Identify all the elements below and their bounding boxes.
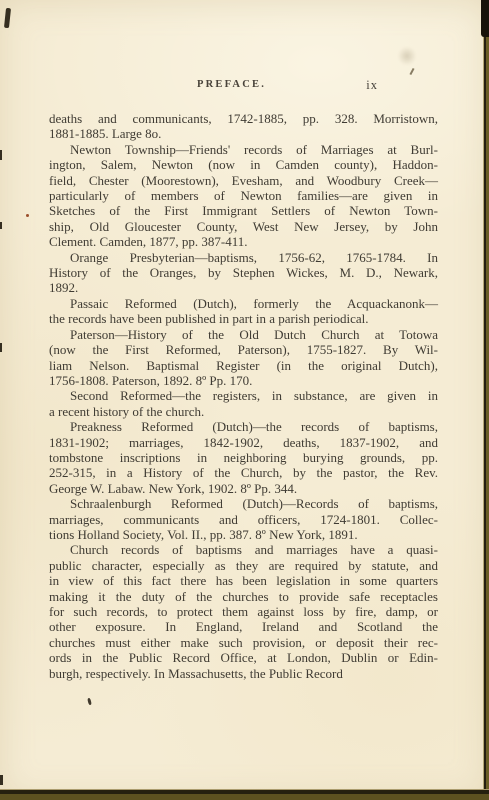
- text-line: deaths and communicants, 1742-1885, pp. …: [49, 111, 438, 126]
- text-line: tombstone inscriptions in neighboring bu…: [49, 450, 438, 465]
- text-line: Clement. Camden, 1877, pp. 387-411.: [49, 234, 438, 249]
- book-page: PREFACE. ix deaths and communicants, 174…: [0, 0, 489, 800]
- text-line: particularly of members of Newton famili…: [49, 188, 438, 203]
- ink-speck: [26, 214, 29, 217]
- text-line: History of the Oranges, by Stephen Wicke…: [49, 265, 438, 280]
- text-line: marriages, communicants and officers, 17…: [49, 512, 438, 527]
- text-line: (now the First Reformed, Paterson), 1755…: [49, 342, 438, 357]
- text-line: Schraalenburgh Reformed (Dutch)—Records …: [49, 496, 438, 511]
- text-line: ington, Salem, Newton (now in Camden cou…: [49, 157, 438, 172]
- text-line: Sketches of the First Immigrant Settlers…: [49, 203, 438, 218]
- text-line: a recent history of the church.: [49, 404, 438, 419]
- paper-stain: [398, 46, 416, 66]
- paragraph: Paterson—History of the Old Dutch Church…: [49, 327, 438, 389]
- text-line: for such records, to protect them agains…: [49, 604, 438, 619]
- text-line: Newton Township—Friends' records of Marr…: [49, 142, 438, 157]
- page-edge-right: [483, 0, 489, 800]
- text-line: the records have been published in part …: [49, 311, 438, 326]
- paragraph: Passaic Reformed (Dutch), formerly the A…: [49, 296, 438, 327]
- ink-speck: [4, 8, 11, 28]
- page-number: ix: [366, 78, 378, 93]
- text-line: field, Chester (Moorestown), Evesham, an…: [49, 173, 438, 188]
- text-line: Church records of baptisms and marriages…: [49, 542, 438, 557]
- paragraph: Second Reformed—the registers, in substa…: [49, 388, 438, 419]
- text-line: churches must either make such provision…: [49, 635, 438, 650]
- paragraph: Newton Township—Friends' records of Marr…: [49, 142, 438, 250]
- paragraph: deaths and communicants, 1742-1885, pp. …: [49, 111, 438, 142]
- ink-speck: [0, 343, 2, 352]
- text-line: 1892.: [49, 280, 438, 295]
- paragraph: Orange Presbyterian—baptisms, 1756-62, 1…: [49, 250, 438, 296]
- text-line: ship, Old Gloucester County, West New Je…: [49, 219, 438, 234]
- text-line: burgh, respectively. In Massachusetts, t…: [49, 666, 438, 681]
- page-header: PREFACE. ix: [49, 79, 438, 95]
- text-line: Preakness Reformed (Dutch)—the records o…: [49, 419, 438, 434]
- paragraph: Schraalenburgh Reformed (Dutch)—Records …: [49, 496, 438, 542]
- text-line: tions Holland Society, Vol. II., pp. 387…: [49, 527, 438, 542]
- text-line: 1831-1902; marriages, 1842-1902, deaths,…: [49, 435, 438, 450]
- text-line: Paterson—History of the Old Dutch Church…: [49, 327, 438, 342]
- text-line: George W. Labaw. New York, 1902. 8º Pp. …: [49, 481, 438, 496]
- ink-speck: [0, 150, 2, 160]
- text-line: 1756-1808. Paterson, 1892. 8º Pp. 170.: [49, 373, 438, 388]
- text-line: liam Nelson. Baptismal Register (in the …: [49, 358, 438, 373]
- text-line: other exposure. In England, Ireland and …: [49, 619, 438, 634]
- text-line: Passaic Reformed (Dutch), formerly the A…: [49, 296, 438, 311]
- page-edge-bottom: [0, 789, 489, 800]
- text-line: 252-315, in a History of the Church, by …: [49, 465, 438, 480]
- ink-speck: [87, 698, 92, 706]
- text-line: public character, especially as they are…: [49, 558, 438, 573]
- text-line: 1881-1885. Large 8o.: [49, 126, 438, 141]
- page-edge-right-top: [481, 0, 489, 37]
- text-line: Second Reformed—the registers, in substa…: [49, 388, 438, 403]
- paragraph: Church records of baptisms and marriages…: [49, 542, 438, 681]
- text-line: ords in the Public Record Office, at Lon…: [49, 650, 438, 665]
- page-title: PREFACE.: [49, 79, 414, 90]
- ink-speck: [0, 222, 2, 229]
- text-line: in view of this fact there has been legi…: [49, 573, 438, 588]
- text-line: Orange Presbyterian—baptisms, 1756-62, 1…: [49, 250, 438, 265]
- ink-speck: [0, 775, 3, 785]
- ink-speck: [409, 68, 414, 75]
- paragraph: Preakness Reformed (Dutch)—the records o…: [49, 419, 438, 496]
- text-line: making it the duty of the churches to pr…: [49, 589, 438, 604]
- text-block: deaths and communicants, 1742-1885, pp. …: [49, 111, 438, 681]
